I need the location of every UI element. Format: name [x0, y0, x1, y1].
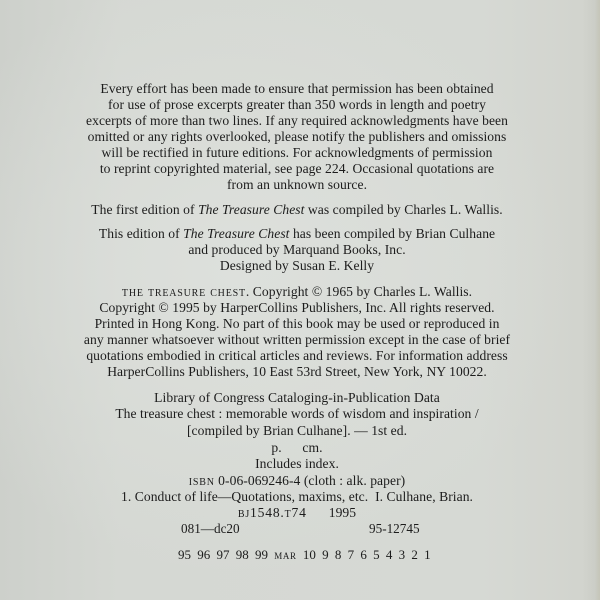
copyright-line: Copyright © 1995 by HarperCollins Publis… — [0, 300, 594, 316]
copyright-line-1965: THE TREASURE CHEST. Copyright © 1965 by … — [0, 284, 594, 300]
this-edition-suffix: has been compiled by Brian Culhane — [290, 226, 496, 241]
lc-class: BJ1548.T74 — [238, 505, 307, 520]
lccn-number: 95-12745 — [369, 521, 420, 537]
printing-line: 95 96 97 98 99 MAR 10 9 8 7 6 5 4 3 2 1 — [178, 547, 431, 563]
cip-compiled-line: [compiled by Brian Culhane]. — 1st ed. — [0, 423, 594, 439]
notice-line: to reprint copyrighted material, see pag… — [0, 161, 594, 177]
book-title: The Treasure Chest — [183, 226, 289, 241]
this-edition-line: This edition of The Treasure Chest has b… — [0, 226, 594, 242]
publisher-address: HarperCollins Publishers, 10 East 53rd S… — [0, 364, 594, 380]
notice-line: will be rectified in future editions. Fo… — [0, 145, 594, 161]
designer-line: Designed by Susan E. Kelly — [0, 258, 594, 274]
print-month: MAR — [274, 547, 296, 562]
cip-heading: Library of Congress Cataloging-in-Public… — [0, 390, 594, 406]
producer-line: and produced by Marquand Books, Inc. — [0, 242, 594, 258]
first-edition-suffix: was compiled by Charles L. Wallis. — [304, 202, 502, 217]
cip-includes-index: Includes index. — [0, 456, 594, 472]
print-numbers: 10 9 8 7 6 5 4 3 2 1 — [303, 547, 431, 562]
cip-isbn-line: ISBN 0-06-069246-4 (cloth : alk. paper) — [0, 473, 594, 489]
cip-lc-class-line: BJ1548.T741995 — [0, 505, 594, 521]
copyright-line: Printed in Hong Kong. No part of this bo… — [0, 316, 594, 332]
cip-physical-description: p. cm. — [0, 440, 594, 456]
copyright-line: any manner whatsoever without written pe… — [0, 332, 594, 348]
copyright-page: Every effort has been made to ensure tha… — [0, 0, 600, 600]
copyright-1965-text: . Copyright © 1965 by Charles L. Wallis. — [246, 284, 472, 299]
isbn-label: ISBN — [189, 473, 215, 488]
dewey-number: 081—dc20 — [181, 521, 240, 537]
notice-line: Every effort has been made to ensure tha… — [0, 81, 594, 97]
notice-line: from an unknown source. — [0, 177, 594, 193]
notice-line: omitted or any rights overlooked, please… — [0, 129, 594, 145]
first-edition-credit: The first edition of The Treasure Chest … — [0, 202, 594, 218]
notice-line: excerpts of more than two lines. If any … — [0, 113, 594, 129]
print-years: 95 96 97 98 99 — [178, 547, 268, 562]
lc-year: 1995 — [329, 505, 356, 520]
first-edition-prefix: The first edition of — [91, 202, 198, 217]
notice-line: for use of prose excerpts greater than 3… — [0, 97, 594, 113]
copyright-line: quotations embodied in critical articles… — [0, 348, 594, 364]
title-smallcaps: THE TREASURE CHEST — [122, 284, 246, 299]
page-edge — [595, 0, 600, 600]
cip-title-line: The treasure chest : memorable words of … — [0, 406, 594, 422]
cip-subjects: 1. Conduct of life—Quotations, maxims, e… — [0, 489, 594, 505]
isbn-value: 0-06-069246-4 (cloth : alk. paper) — [215, 473, 406, 488]
book-title: The Treasure Chest — [198, 202, 304, 217]
this-edition-prefix: This edition of — [99, 226, 183, 241]
